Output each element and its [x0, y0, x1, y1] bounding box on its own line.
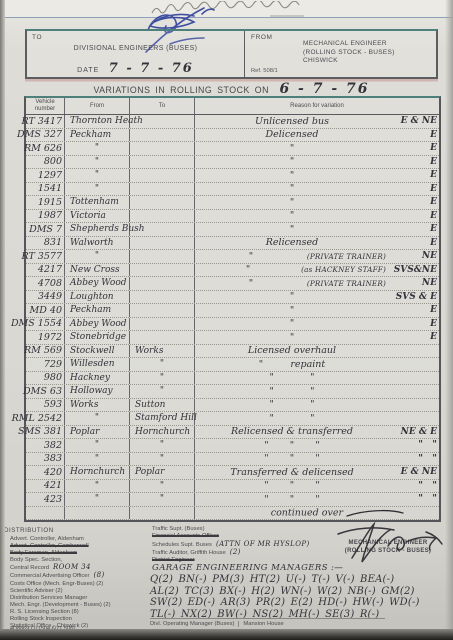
table-row: RML 2542"Stamford Hill" "	[26, 412, 439, 426]
table-row: 420HornchurchPoplarTransferred & delicen…	[26, 466, 439, 480]
table-row: 421""" " "" "	[26, 480, 439, 494]
to-garage	[130, 156, 195, 169]
distribution-left-list: Advert. Controller, AldenhamAdvert. Cont…	[10, 536, 111, 630]
distribution-item-text: Rolling Stock Inspection	[10, 616, 72, 622]
distribution-item-text: Traffic Auditor, Griffith House	[152, 550, 226, 556]
distribution-item: Traffic Supt. (Buses)	[152, 526, 310, 533]
reason-cell: "E	[195, 304, 439, 317]
table-row: 382""" " "" "	[26, 439, 439, 453]
licensing-mark: E	[389, 305, 439, 315]
distribution-heading: DISTRIBUTION	[4, 527, 54, 534]
garage-code-line: SW(2) ED(-) AR(3) PR(2) E(2) HD(-) HW(-)…	[150, 597, 420, 609]
table-row: 1972Stonebridge"E	[26, 331, 439, 345]
licensing-mark: NE	[389, 278, 439, 288]
table-row: RT 3577""(PRIVATE TRAINER)NE	[26, 250, 439, 264]
distribution-item: Distribution Services Manager	[10, 595, 111, 602]
licensing-mark: SVS & E	[389, 292, 439, 302]
reason-text: " "	[195, 413, 389, 424]
distribution-item-text: Schedules Supt. Buses	[152, 542, 212, 548]
reason-text: " " "	[195, 440, 389, 451]
to-garage	[130, 115, 195, 128]
distribution-item-text: Body Spec. Section,	[10, 557, 62, 563]
reason-text: Licensed overhaul	[195, 345, 389, 356]
reason-cell: "(PRIVATE TRAINER)NE	[195, 277, 439, 290]
from-garage: "	[65, 156, 130, 169]
licensing-mark: E	[389, 197, 439, 207]
memo-header: TO DIVISIONAL ENGINEERS (BUSES) DATE 7 -…	[25, 29, 438, 79]
from-garage: "	[65, 250, 130, 263]
reason-cell: " "	[195, 372, 439, 385]
table-row: DMS 327PeckhamDelicensedE	[26, 129, 439, 143]
to-garage	[130, 196, 195, 209]
vehicle-number: 980	[26, 372, 65, 385]
reason-text: " "	[195, 399, 389, 410]
column-header-vehicle: Vehicle number	[26, 98, 65, 114]
table-row: DMS 7Shepherds Bush"E	[26, 223, 439, 237]
distribution-item-text: Advert. Controller, Camberwell	[10, 543, 89, 549]
to-garage: "	[130, 385, 195, 398]
to-garage: Works	[130, 345, 195, 358]
table-row: 980Hackney"" "	[26, 372, 439, 386]
vehicle-number: 4708	[26, 277, 65, 290]
vehicle-number: 1972	[26, 331, 65, 344]
reason-cell: Transferred & delicensedE & NE	[195, 466, 439, 479]
reason-text: "	[195, 224, 389, 235]
reason-cell: Licensed overhaul	[195, 345, 439, 358]
from-garage: Peckham	[65, 304, 130, 317]
reason-text: "	[195, 305, 389, 316]
vehicle-number: DMS 327	[26, 129, 65, 142]
vehicle-number: 1915	[26, 196, 65, 209]
table-row: 423""" " "" "	[26, 493, 439, 507]
reason-text: Transferred & delicensed	[195, 467, 389, 478]
reason-cell: "E	[195, 156, 439, 169]
distribution-item-text: Central Record	[10, 565, 49, 571]
to-garage	[130, 331, 195, 344]
reason-cell: "E	[195, 142, 439, 155]
licensing-mark: E	[389, 211, 439, 221]
to-garage: Sutton	[130, 399, 195, 412]
garage-code-line: Q(2) BN(-) PM(3) HT(2) U(-) T(-) V(-) BE…	[150, 574, 420, 586]
table-row: RT 3417Thornton HeathUnlicensed busE & N…	[26, 115, 439, 129]
reason-cell: "E	[195, 331, 439, 344]
distribution-middle-list: Traffic Supt. (Buses)Financial Accounts …	[152, 526, 310, 564]
table-row: 1915Tottenham"E	[26, 196, 439, 210]
vehicle-number: 423	[26, 493, 65, 506]
reason-text: "	[195, 210, 389, 221]
licensing-mark: E	[389, 319, 439, 329]
scan-right-edge	[445, 0, 453, 640]
reason-cell: "E	[195, 223, 439, 236]
reason-cell: " repaint	[195, 358, 439, 371]
distribution-item: Body Foreman, Aldenham	[10, 550, 111, 557]
vehicle-number: RM 569	[26, 345, 65, 358]
reason-cell: " "	[195, 385, 439, 398]
table-row: 1297""E	[26, 169, 439, 183]
column-header-from: From	[65, 98, 130, 114]
to-garage: "	[130, 493, 195, 506]
from-garage: New Cross	[65, 264, 130, 277]
reason-cell: " " "" "	[195, 439, 439, 452]
reason-cell: "SVS & E	[195, 291, 439, 304]
distribution-item: Scientific Adviser (2)	[10, 588, 111, 595]
table-header-row: Vehicle number From To Reason for variat…	[26, 98, 439, 115]
vehicle-number: RML 2542	[26, 412, 65, 425]
reason-cell: Unlicensed busE & NE	[195, 115, 439, 128]
distribution-item: Mech. Engr. (Development - Buses) (2)	[10, 602, 111, 609]
to-garage	[130, 142, 195, 155]
reason-text: "	[195, 170, 389, 181]
table-row: 4217New Cross"(as HACKNEY STAFF)SVS&NE	[26, 264, 439, 278]
from-garage: Thornton Heath	[65, 115, 130, 128]
vehicle-number: DMS 63	[26, 385, 65, 398]
vehicle-number: MD 40	[26, 304, 65, 317]
to-garage	[130, 129, 195, 142]
to-garage	[130, 277, 195, 290]
to-garage	[130, 250, 195, 263]
reason-cell: " " "" "	[195, 453, 439, 466]
garage-managers-heading: GARAGE ENGINEERING MANAGERS :—	[152, 563, 343, 573]
reason-text: "	[195, 291, 389, 302]
from-label: FROM	[251, 34, 273, 41]
reason-text: "	[195, 143, 389, 154]
table-row: 1987Victoria"E	[26, 210, 439, 224]
to-garage: "	[130, 480, 195, 493]
table-row: RM 569StockwellWorksLicensed overhaul	[26, 345, 439, 359]
licensing-mark: E	[389, 143, 439, 153]
reason-text: Relicensed	[195, 237, 389, 248]
from-garage: Victoria	[65, 210, 130, 223]
reason-cell: " " "" "	[195, 493, 439, 506]
reason-cell: RelicensedE	[195, 237, 439, 250]
from-garage: "	[65, 412, 130, 425]
licensing-mark: E	[389, 170, 439, 180]
variations-table: Vehicle number From To Reason for variat…	[24, 96, 441, 522]
reason-text: "	[195, 264, 301, 275]
to-garage: Hornchurch	[130, 426, 195, 439]
from-garage: Abbey Wood	[65, 277, 130, 290]
from-garage: "	[65, 493, 130, 506]
reason-cell: "(as HACKNEY STAFF)SVS&NE	[195, 264, 439, 277]
licensing-mark: " "	[389, 494, 439, 504]
table-row: 383""" " "" "	[26, 453, 439, 467]
reason-text: "	[195, 183, 389, 194]
licensing-mark: E	[389, 184, 439, 194]
table-row: 4708Abbey Wood"(PRIVATE TRAINER)NE	[26, 277, 439, 291]
licensing-mark: E	[389, 224, 439, 234]
from-garage: Hackney	[65, 372, 130, 385]
reason-cell: Relicensed & transferredNE & E	[195, 426, 439, 439]
reason-text: "	[195, 156, 389, 167]
distribution-item-text: Traffic Supt. (Buses)	[152, 526, 205, 532]
table-row: 800""E	[26, 156, 439, 170]
to-garage	[130, 318, 195, 331]
table-row: DMS 63Holloway"" "	[26, 385, 439, 399]
column-header-reason: Reason for variation	[195, 98, 439, 114]
distribution-item: Commercial Advertising Officer(8)	[10, 572, 111, 580]
to-garage	[130, 183, 195, 196]
distribution-item-handwritten-annotation: (ATTN OF MR HYSLOP)	[216, 540, 310, 548]
from-garage: "	[65, 439, 130, 452]
vehicle-number	[26, 507, 65, 520]
vehicle-number: 421	[26, 480, 65, 493]
to-garage	[130, 264, 195, 277]
licensing-mark: " "	[389, 440, 439, 450]
vehicle-number: DMS 7	[26, 223, 65, 236]
title-date-handwritten: 6 - 7 - 76	[279, 81, 369, 97]
distribution-item-text: Distribution Services Manager	[10, 595, 87, 601]
to-garage: "	[130, 358, 195, 371]
scanned-document: TO DIVISIONAL ENGINEERS (BUSES) DATE 7 -…	[0, 0, 453, 640]
reason-note: (as HACKNEY STAFF)	[301, 265, 386, 274]
from-garage	[65, 507, 130, 520]
from-garage: Stonebridge	[65, 331, 130, 344]
reason-cell: "E	[195, 169, 439, 182]
distribution-item: Traffic Auditor, Griffith House(2)	[152, 549, 310, 557]
table-body: RT 3417Thornton HeathUnlicensed busE & N…	[26, 115, 439, 520]
vehicle-number: 383	[26, 453, 65, 466]
distribution-item-handwritten-annotation: (8)	[93, 571, 104, 579]
vehicle-number: 1297	[26, 169, 65, 182]
vehicle-number: 729	[26, 358, 65, 371]
from-garage: Works	[65, 399, 130, 412]
vehicle-number: 420	[26, 466, 65, 479]
distribution-item-text: Costs Office (Mech. Engr-Buses) (2)	[10, 581, 103, 587]
licensing-mark: " "	[389, 454, 439, 464]
distribution-item-text: Financial Accounts Officer	[152, 533, 219, 539]
table-row: RM 626""E	[26, 142, 439, 156]
reason-text: "	[195, 251, 307, 262]
licensing-mark: E & NE	[389, 116, 439, 126]
vehicle-number: 1541	[26, 183, 65, 196]
distribution-item-text: R. S. Licensing Section (8)	[10, 609, 79, 615]
from-garage: "	[65, 183, 130, 196]
licensing-mark: E	[389, 332, 439, 342]
from-garage: "	[65, 480, 130, 493]
engineer-signature-scribble	[318, 518, 450, 572]
reason-cell: "E	[195, 183, 439, 196]
from-garage: Holloway	[65, 385, 130, 398]
table-row: 593WorksSutton" "	[26, 399, 439, 413]
distribution-item: Costs Office (Mech. Engr-Buses) (2)	[10, 581, 111, 588]
licensing-mark: E	[389, 157, 439, 167]
to-garage	[130, 223, 195, 236]
vehicle-number: RT 3417	[26, 115, 65, 128]
to-garage	[130, 507, 195, 520]
from-garage: Hornchurch	[65, 466, 130, 479]
table-row: SMS 381PoplarHornchurchRelicensed & tran…	[26, 426, 439, 440]
vehicle-number: 831	[26, 237, 65, 250]
reason-text: "	[195, 278, 307, 289]
distribution-item-text: Commercial Advertising Officer	[10, 573, 89, 579]
reason-cell: DelicensedE	[195, 129, 439, 142]
distribution-item: Advert. Controller, Aldenham	[10, 536, 111, 543]
reason-cell: "E	[195, 196, 439, 209]
to-garage: "	[130, 372, 195, 385]
distribution-item: R. S. Licensing Section (8)	[10, 609, 111, 616]
vehicle-number: RT 3577	[26, 250, 65, 263]
from-garage: Shepherds Bush	[65, 223, 130, 236]
licensing-mark: E	[389, 238, 439, 248]
reason-text: "	[195, 197, 389, 208]
from-garage: Peckham	[65, 129, 130, 142]
to-garage: "	[130, 439, 195, 452]
table-row: 831WalworthRelicensedE	[26, 237, 439, 251]
reason-text: " " "	[195, 453, 389, 464]
reason-cell: "(PRIVATE TRAINER)NE	[195, 250, 439, 263]
distribution-item: Rolling Stock Inspection	[10, 616, 111, 623]
from-garage: "	[65, 169, 130, 182]
reason-text: Relicensed & transferred	[195, 426, 389, 437]
from-garage: Stockwell	[65, 345, 130, 358]
title-text: VARIATIONS IN ROLLING STOCK ON	[93, 85, 269, 95]
from-garage: Tottenham	[65, 196, 130, 209]
date-row: DATE 7 - 7 - 76	[27, 59, 244, 77]
reason-text: "	[195, 332, 389, 343]
garage-codes: Q(2) BN(-) PM(3) HT(2) U(-) T(-) V(-) BE…	[150, 574, 420, 620]
from-address: MECHANICAL ENGINEER (ROLLING STOCK - BUS…	[303, 40, 395, 66]
table-row: 1541""E	[26, 183, 439, 197]
to-garage: Poplar	[130, 466, 195, 479]
to-value: DIVISIONAL ENGINEERS (BUSES)	[27, 45, 244, 52]
to-garage	[130, 291, 195, 304]
reason-text: "	[195, 318, 389, 329]
reason-text: Delicensed	[195, 129, 389, 140]
distribution-item-handwritten-annotation: (2)	[230, 548, 241, 556]
vehicle-number: 382	[26, 439, 65, 452]
table-row: 729Willesden"" repaint	[26, 358, 439, 372]
licensing-mark: NE	[389, 251, 439, 261]
reason-text: " " "	[195, 480, 389, 491]
to-garage: Stamford Hill	[130, 412, 195, 425]
vehicle-number: 593	[26, 399, 65, 412]
table-row: MD 40Peckham"E	[26, 304, 439, 318]
licensing-mark: NE & E	[389, 427, 439, 437]
date-label: DATE	[77, 67, 99, 74]
from-garage: "	[65, 453, 130, 466]
from-garage: Loughton	[65, 291, 130, 304]
vehicle-number: 3449	[26, 291, 65, 304]
from-line: MECHANICAL ENGINEER	[303, 40, 395, 49]
to-garage	[130, 304, 195, 317]
column-header-to: To	[130, 98, 195, 114]
reason-text: " repaint	[195, 359, 389, 370]
vehicle-number: DMS 1554	[26, 318, 65, 331]
reason-note: (PRIVATE TRAINER)	[307, 279, 386, 288]
reason-cell: " "	[195, 399, 439, 412]
vehicle-number: RM 626	[26, 142, 65, 155]
vehicle-number: 4217	[26, 264, 65, 277]
to-garage	[130, 169, 195, 182]
licensing-mark: " "	[389, 481, 439, 491]
licensing-mark: SVS&NE	[389, 265, 439, 275]
reason-cell: " " "" "	[195, 480, 439, 493]
memo-header-from-cell: FROM MECHANICAL ENGINEER (ROLLING STOCK …	[245, 31, 436, 77]
distribution-item: Advert. Controller, Camberwell	[10, 543, 111, 550]
reason-note: (PRIVATE TRAINER)	[307, 252, 386, 261]
to-label: TO	[32, 34, 42, 41]
reason-text: " "	[195, 372, 389, 383]
reason-cell: " "	[195, 412, 439, 425]
memo-header-to-cell: TO DIVISIONAL ENGINEERS (BUSES) DATE 7 -…	[27, 31, 245, 77]
from-line: (ROLLING STOCK - BUSES)	[303, 49, 395, 58]
distribution-item-text: Mech. Engr. (Development - Buses) (2)	[10, 602, 111, 608]
mansion-house-text: Mansion House	[238, 621, 283, 627]
distribution-item-text: Advert. Controller, Aldenham	[10, 536, 84, 542]
licensing-mark: E	[389, 130, 439, 140]
licensing-mark: E & NE	[389, 467, 439, 477]
scan-bottom-edge	[0, 629, 453, 640]
table-row: 3449Loughton"SVS & E	[26, 291, 439, 305]
distribution-item-text: Scientific Adviser (2)	[10, 588, 63, 594]
vehicle-number: SMS 381	[26, 426, 65, 439]
reason-text: Unlicensed bus	[195, 116, 389, 127]
distribution-item-text: Body Foreman, Aldenham	[10, 550, 77, 556]
reason-text: " "	[195, 386, 389, 397]
table-row: DMS 1554Abbey Wood"E	[26, 318, 439, 332]
to-garage	[130, 237, 195, 250]
distribution-item-handwritten-annotation: ROOM 34	[53, 563, 91, 571]
operating-manager-line: Divl. Operating Manager (Buses)Mansion H…	[150, 618, 385, 627]
vehicle-number: 800	[26, 156, 65, 169]
to-garage	[130, 210, 195, 223]
date-value-handwritten: 7 - 7 - 76	[109, 61, 194, 76]
garage-code-line: AL(2) TC(3) BX(-) H(2) WN(-) W(2) NB(-) …	[150, 586, 420, 598]
reference-number: Ref. 508/1	[251, 68, 278, 74]
from-line: CHISWICK	[303, 57, 395, 66]
to-garage: "	[130, 453, 195, 466]
vehicle-number: 1987	[26, 210, 65, 223]
from-garage: Willesden	[65, 358, 130, 371]
from-garage: Abbey Wood	[65, 318, 130, 331]
from-garage: Walworth	[65, 237, 130, 250]
reason-cell: "E	[195, 318, 439, 331]
reason-cell: "E	[195, 210, 439, 223]
from-garage: Poplar	[65, 426, 130, 439]
from-garage: "	[65, 142, 130, 155]
reason-text: " " "	[195, 494, 389, 505]
scan-left-edge	[0, 0, 5, 640]
operating-manager-text: Divl. Operating Manager (Buses)	[150, 621, 234, 627]
